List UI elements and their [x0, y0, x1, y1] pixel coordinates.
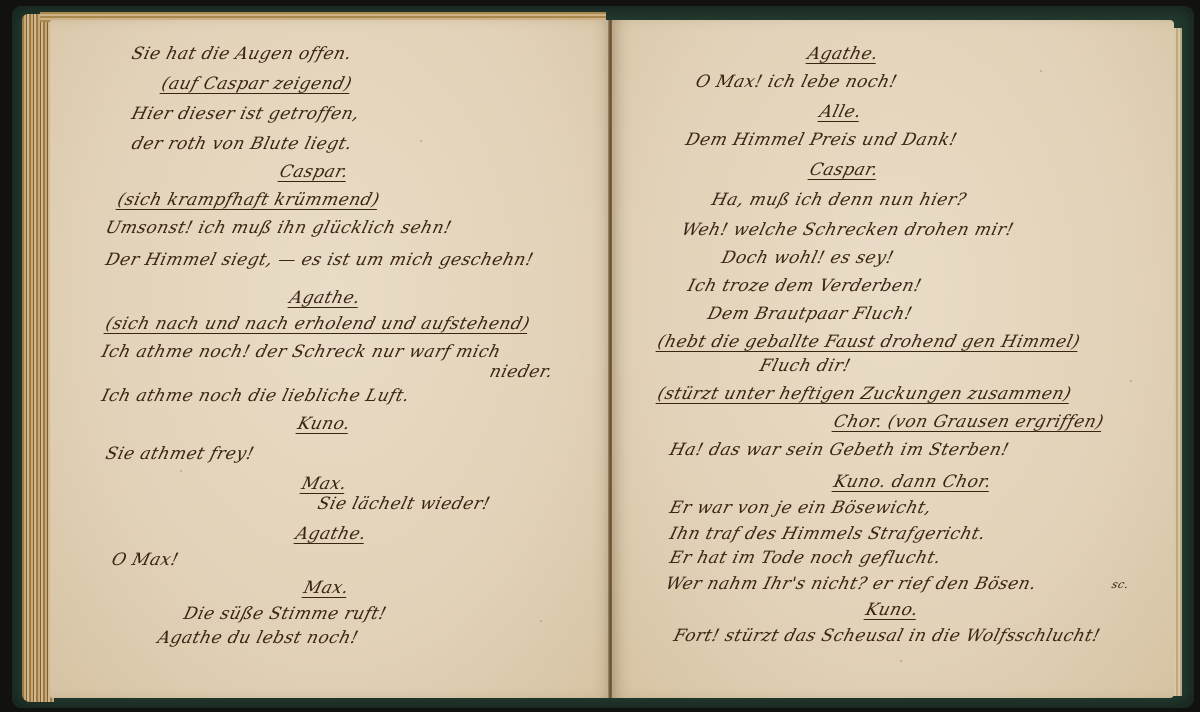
speaker-name: Chor. (von Grausen ergriffen) — [832, 412, 1106, 432]
speaker-name: Caspar. — [808, 160, 881, 180]
right-page: Agathe. O Max! ich lebe noch! Alle. Dem … — [612, 20, 1174, 698]
stage-direction: (auf Caspar zeigend) — [160, 74, 355, 94]
verse-line: Ich troze dem Verderben! — [686, 276, 924, 296]
verse-line: Sie athmet frey! — [104, 444, 257, 464]
speaker-name: Max. — [300, 474, 350, 494]
speaker-name: Kuno. — [864, 600, 921, 620]
paper-foxing-spot — [540, 620, 542, 622]
speaker-name: Alle. — [818, 102, 864, 122]
speaker-name: Max. — [302, 578, 352, 598]
paper-foxing-spot — [1130, 380, 1132, 382]
paper-foxing-spot — [420, 140, 422, 142]
verse-line: Sie hat die Augen offen. — [130, 44, 354, 64]
speaker-name: Kuno. — [296, 414, 353, 434]
verse-line-continuation: nieder. — [488, 362, 556, 382]
verse-line: Ich athme noch die liebliche Luft. — [100, 386, 412, 406]
verse-line: O Max! — [110, 550, 181, 570]
verse-line: Ich athme noch! der Schreck nur warf mic… — [100, 342, 503, 362]
verse-line: O Max! ich lebe noch! — [694, 72, 900, 92]
verse-line: Der Himmel siegt, — es ist um mich gesch… — [104, 250, 536, 270]
verse-line: Ihn traf des Himmels Strafgericht. — [668, 524, 988, 544]
verse-line: Ha, muß ich denn nun hier? — [710, 190, 969, 210]
stage-direction: (hebt die geballte Faust drohend gen Him… — [656, 332, 1083, 352]
paper-foxing-spot — [180, 470, 182, 472]
paper-foxing-spot — [900, 660, 902, 662]
verse-line: Er war von je ein Bösewicht, — [668, 498, 934, 518]
speaker-name: Agathe. — [806, 44, 881, 64]
speaker-name: Agathe. — [294, 524, 369, 544]
verse-line: Dem Brautpaar Fluch! — [706, 304, 915, 324]
left-page: Sie hat die Augen offen. (auf Caspar zei… — [50, 20, 612, 698]
verse-line: Fluch dir! — [758, 356, 853, 376]
speaker-name: Caspar. — [278, 162, 351, 182]
margin-mark: sc. — [1110, 578, 1130, 591]
verse-line: Sie lächelt wieder! — [316, 494, 493, 514]
speaker-name: Agathe. — [288, 288, 363, 308]
verse-line: Umsonst! ich muß ihn glücklich sehn! — [104, 218, 454, 238]
verse-line: Fort! stürzt das Scheusal in die Wolfssc… — [672, 626, 1103, 646]
verse-line: Er hat im Tode noch geflucht. — [668, 548, 944, 568]
verse-line: Dem Himmel Preis und Dank! — [684, 130, 960, 150]
verse-line: Weh! welche Schrecken drohen mir! — [680, 220, 1016, 240]
verse-line: Doch wohl! es sey! — [720, 248, 897, 268]
stage-direction: (sich krampfhaft krümmend) — [116, 190, 382, 210]
stage-direction: (sich nach und nach erholend und aufsteh… — [104, 314, 533, 334]
paper-foxing-spot — [1040, 70, 1042, 72]
stage-direction: (stürzt unter heftigen Zuckungen zusamme… — [656, 384, 1074, 404]
verse-line: Agathe du lebst noch! — [156, 628, 361, 648]
verse-line: Ha! das war sein Gebeth im Sterben! — [668, 440, 1012, 460]
verse-line: der roth von Blute liegt. — [130, 134, 355, 154]
speaker-name: Kuno. dann Chor. — [832, 472, 994, 492]
verse-line: Die süße Stimme ruft! — [182, 604, 389, 624]
verse-line-with-deletion: Wer nahm Ihr's nicht? er rief den Bösen. — [664, 574, 1039, 594]
verse-line: Hier dieser ist getroffen, — [130, 104, 362, 124]
